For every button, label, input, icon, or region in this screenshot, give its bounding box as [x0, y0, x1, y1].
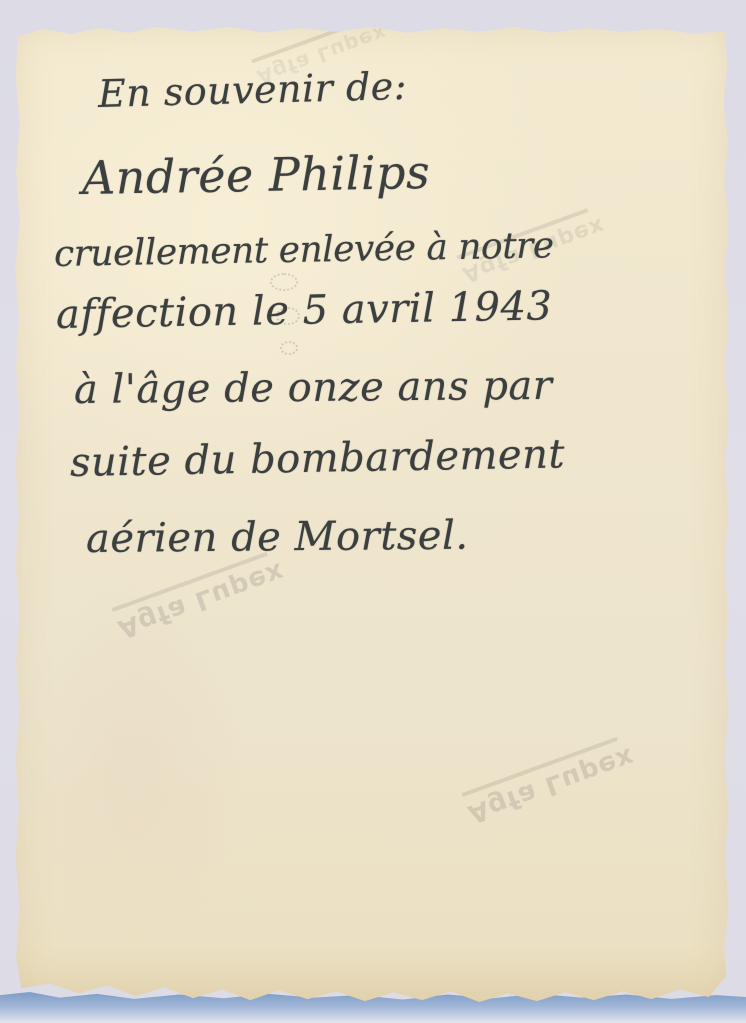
handwritten-inscription: En souvenir de: Andrée Philips cruelleme…	[14, 25, 730, 1005]
photo-scene: Agfa Lupex Agfa Lupex Agfa Lupex Agfa Lu…	[0, 0, 746, 1023]
inscription-line: cruellement enlevée à notre	[54, 228, 554, 273]
inscription-line-age: à l'âge de onze ans par	[74, 366, 553, 410]
inscription-line-date: affection le 5 avril 1943	[56, 286, 553, 335]
photo-card-back: Agfa Lupex Agfa Lupex Agfa Lupex Agfa Lu…	[14, 25, 730, 1005]
inscription-line-place: aérien de Mortsel.	[86, 516, 469, 559]
inscription-line-name: Andrée Philips	[82, 149, 431, 201]
inscription-line: suite du bombardement	[70, 434, 566, 483]
inscription-line-heading: En souvenir de:	[98, 67, 408, 113]
